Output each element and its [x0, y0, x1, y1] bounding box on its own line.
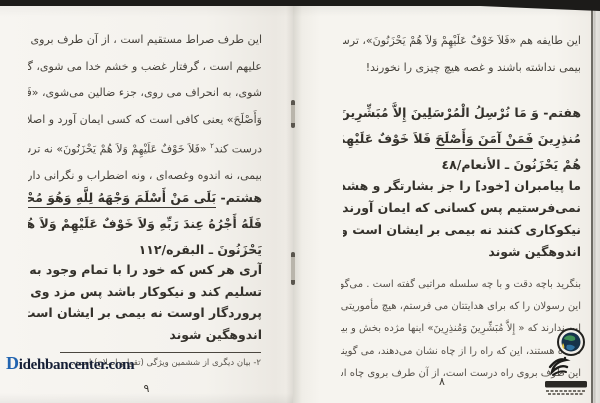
translation-line: اندوهگین شوند: [28, 324, 262, 346]
text-line: این رسولان را که برای هدایتتان می فرستم،…: [341, 296, 581, 318]
translation-line: پروردگار اوست نه بیمی بر ایشان است و نه: [28, 302, 262, 324]
watermark-initial: D: [6, 353, 19, 373]
verse-text: فَلاَ خَوْفٌ عَلَیْهِمْ وَلاَ: [343, 131, 435, 146]
translation-line: ما پیامبران [خود] را جز بشارتگر و هشدارد…: [343, 175, 581, 197]
publisher-stamp: [544, 327, 590, 403]
page-fore-edge: [591, 3, 600, 403]
verse-line: هفتم- وَ مَا نُرْسِلُ الْمُرْسَلِینَ إِل…: [343, 100, 581, 126]
right-verse-block-seventh: هفتم- وَ مَا نُرْسِلُ الْمُرْسَلِینَ إِل…: [343, 100, 581, 178]
translation-line: نیکوکاری کنند نه بیمی بر ایشان است و نه: [343, 219, 581, 241]
translation-line: تسلیم کند و نیکوکار باشد پس مزد وی پیش: [28, 281, 262, 303]
translation-line: آری هر کس که خود را با تمام وجود به خدا: [28, 259, 262, 281]
left-verse-block-eighth: هشتم- بَلَی مَنْ أَسْلَمَ وَجْهَهُ لِلَّ…: [28, 185, 262, 263]
footnote-reference: ۲: [210, 142, 214, 150]
text-segment: درست کند: [214, 143, 262, 156]
verse-line: هُمْ یَحْزَنُونَ ـ الأنعام/٤٨: [343, 152, 581, 178]
text-line: وَأَصْلَحَ» یعنی کافی است که کسی ایمان آ…: [28, 107, 262, 134]
stamp-text-bar: [545, 381, 587, 394]
book-gutter-shadow: [286, 5, 302, 403]
stamp-graphic: [544, 327, 590, 403]
binding-staple-top: [291, 100, 295, 128]
verse-line: فَلَهُ أَجْرُهُ عِندَ رَبِّهِ وَلاَ خَوْ…: [28, 211, 262, 237]
left-page-number: ۹: [0, 382, 293, 395]
text-line: درست کند۲ «فَلاَ خَوْفٌ عَلَیْهِمْ وَلاَ…: [28, 133, 262, 163]
didehban-watermark: Didehbancenter.com: [6, 353, 134, 374]
watermark-rest: idehbancenter.com: [19, 357, 135, 373]
left-translation-block: آری هر کس که خود را با تمام وجود به خدا …: [28, 259, 262, 345]
translation-line: نمی‌فرستیم پس کسانی که ایمان آورند و: [343, 197, 581, 219]
verse-text: وَ مَا نُرْسِلُ الْمُرْسَلِینَ إِلاَّ مُ…: [343, 105, 539, 120]
verse-underlined-text: فَمَنْ آمَنَ وَأَصْلَحَ: [435, 131, 533, 149]
verse-line: مُنذِرِینَ فَمَنْ آمَنَ وَأَصْلَحَ فَلاَ…: [343, 126, 581, 152]
text-line: بنگرید باچه دقت و با چه سلسله مراتبی گفت…: [341, 274, 581, 296]
binding-staple-bottom: [291, 252, 295, 285]
translation-line: اندوهگین شوند: [343, 241, 581, 263]
text-line: علیهم است ، گرفتار غضب و خشم خدا می شوی،…: [28, 54, 262, 81]
verse-number-label: هشتم-: [216, 190, 262, 205]
text-line: شوی، به انحراف می روی، جزء ضالین می‌شوی،…: [28, 80, 262, 107]
footnote-text: ۲- بیان دیگری از ششمین ویژگی (تقوا و اصل…: [34, 357, 261, 369]
right-page: این طایفه هم «فَلاَ خَوْفٌ عَلَیْهِمْ وَ…: [293, 5, 591, 403]
text-line: بیمی، نه اندوه وغصه‌ای ، ونه اضطراب و نگ…: [28, 163, 262, 190]
globe-icon: [558, 329, 584, 355]
text-line: این طرف صراط مستقیم است ، از آن طرف بروی…: [28, 27, 262, 54]
book-photo: این طرف صراط مستقیم است ، از آن طرف بروی…: [0, 0, 600, 403]
left-paragraph-1: این طرف صراط مستقیم است ، از آن طرف بروی…: [28, 27, 262, 190]
right-translation-block: ما پیامبران [خود] را جز بشارتگر و هشدارد…: [343, 175, 581, 263]
verse-line: یَحْزَنُونَ ـ البقره/۱۱۲: [28, 237, 262, 263]
verse-text: مُنذِرِینَ: [533, 131, 581, 146]
text-line: این طایفه هم «فَلاَ خَوْفٌ عَلَیْهِمْ وَ…: [343, 27, 581, 54]
calligraphy-scribble: [550, 357, 567, 375]
right-paragraph-1: این طایفه هم «فَلاَ خَوْفٌ عَلَیْهِمْ وَ…: [343, 27, 581, 81]
verse-number-label: هفتم-: [539, 105, 581, 120]
left-page: این طرف صراط مستقیم است ، از آن طرف بروی…: [0, 5, 293, 403]
quran-quote-inline: «فَلاَ خَوْفٌ عَلَیْهِمْ وَلاَ هُمْ یَحْ…: [28, 143, 210, 156]
footnote-divider: [60, 352, 261, 353]
verse-underlined-text: بَلَی مَنْ أَسْلَمَ وَجْهَهُ لِلَّهِ وَه…: [28, 190, 216, 208]
text-line: بیمی نداشته باشند و غصه هیچ چیزی را نخور…: [343, 54, 581, 81]
verse-line: هشتم- بَلَی مَنْ أَسْلَمَ وَجْهَهُ لِلَّ…: [28, 185, 262, 211]
